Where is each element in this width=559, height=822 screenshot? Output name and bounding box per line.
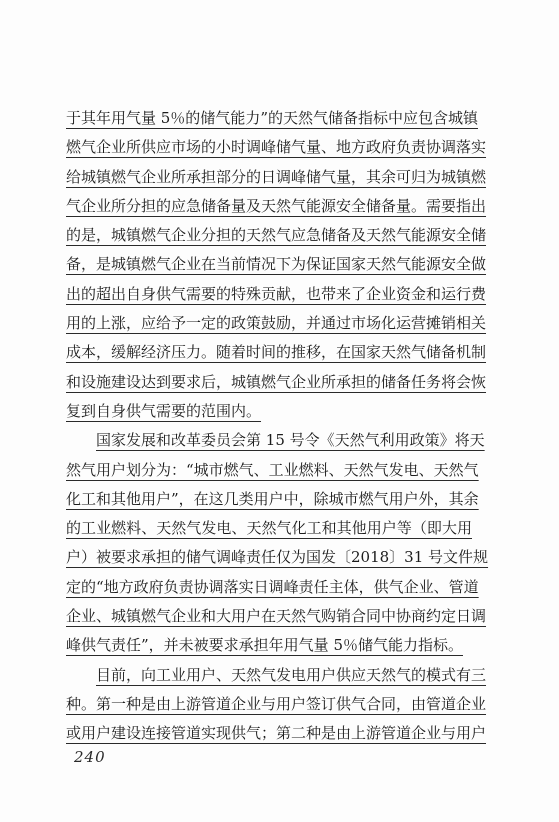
- text-line: 给城镇燃气企业所承担部分的日调峰储气量，其余可归为城镇燃: [66, 163, 472, 192]
- text-line: 的工业燃料、天然气发电、天然气化工和其他用户等（即大用: [66, 514, 472, 543]
- text-line: 种。第一种是由上游管道企业与用户签订供气合同，由管道企业: [66, 690, 472, 719]
- text-line-paragraph-end: 峰供气责任”，并未被要求承担年用气量 5％储气能力指标。: [66, 631, 472, 660]
- text-line: 企业、城镇燃气企业和大用户在天然气购销合同中协商约定日调: [66, 602, 472, 631]
- text-line: 化工和其他用户”，在这几类用户中，除城市燃气用户外，其余: [66, 485, 472, 514]
- text-line: 户）被要求承担的储气调峰责任仅为国发〔2018〕31 号文件规: [66, 543, 472, 572]
- text-line: 定的“地方政府负责协调落实日调峰责任主体，供气企业、管道: [66, 573, 472, 602]
- text-line-paragraph-start: 目前，向工业用户、天然气发电用户供应天然气的模式有三: [66, 661, 472, 690]
- text-line: 出的超出自身供气需要的特殊贡献，也带来了企业资金和运行费: [66, 280, 472, 309]
- text-line: 成本，缓解经济压力。随着时间的推移，在国家天然气储备机制: [66, 338, 472, 367]
- body-text: 于其年用气量 5％的储气能力”的天然气储备指标中应包含城镇 燃气企业所供应市场的…: [66, 104, 472, 749]
- text-line: 备，是城镇燃气企业在当前情况下为保证国家天然气能源安全做: [66, 250, 472, 279]
- text-line: 燃气企业所供应市场的小时调峰储气量、地方政府负责协调落实: [66, 133, 472, 162]
- text-line-paragraph-start: 国家发展和改革委员会第 15 号令《天然气利用政策》将天: [66, 426, 472, 455]
- text-line: 或用户建设连接管道实现供气；第二种是由上游管道企业与用户: [66, 719, 472, 748]
- text-line: 气企业所分担的应急储备量及天然气能源安全储备量。需要指出: [66, 192, 472, 221]
- text-line: 然气用户划分为：“城市燃气、工业燃料、天然气发电、天然气: [66, 456, 472, 485]
- text-line-paragraph-end: 复到自身供气需要的范围内。: [66, 397, 472, 426]
- text-line: 于其年用气量 5％的储气能力”的天然气储备指标中应包含城镇: [66, 104, 472, 133]
- book-page: 于其年用气量 5％的储气能力”的天然气储备指标中应包含城镇 燃气企业所供应市场的…: [0, 0, 559, 822]
- text-line: 和设施建设达到要求后，城镇燃气企业所承担的储备任务将会恢: [66, 368, 472, 397]
- text-line: 用的上涨，应给予一定的政策鼓励，并通过市场化运营摊销相关: [66, 309, 472, 338]
- text-line: 的是，城镇燃气企业分担的天然气应急储备及天然气能源安全储: [66, 221, 472, 250]
- page-number: 240: [74, 748, 106, 766]
